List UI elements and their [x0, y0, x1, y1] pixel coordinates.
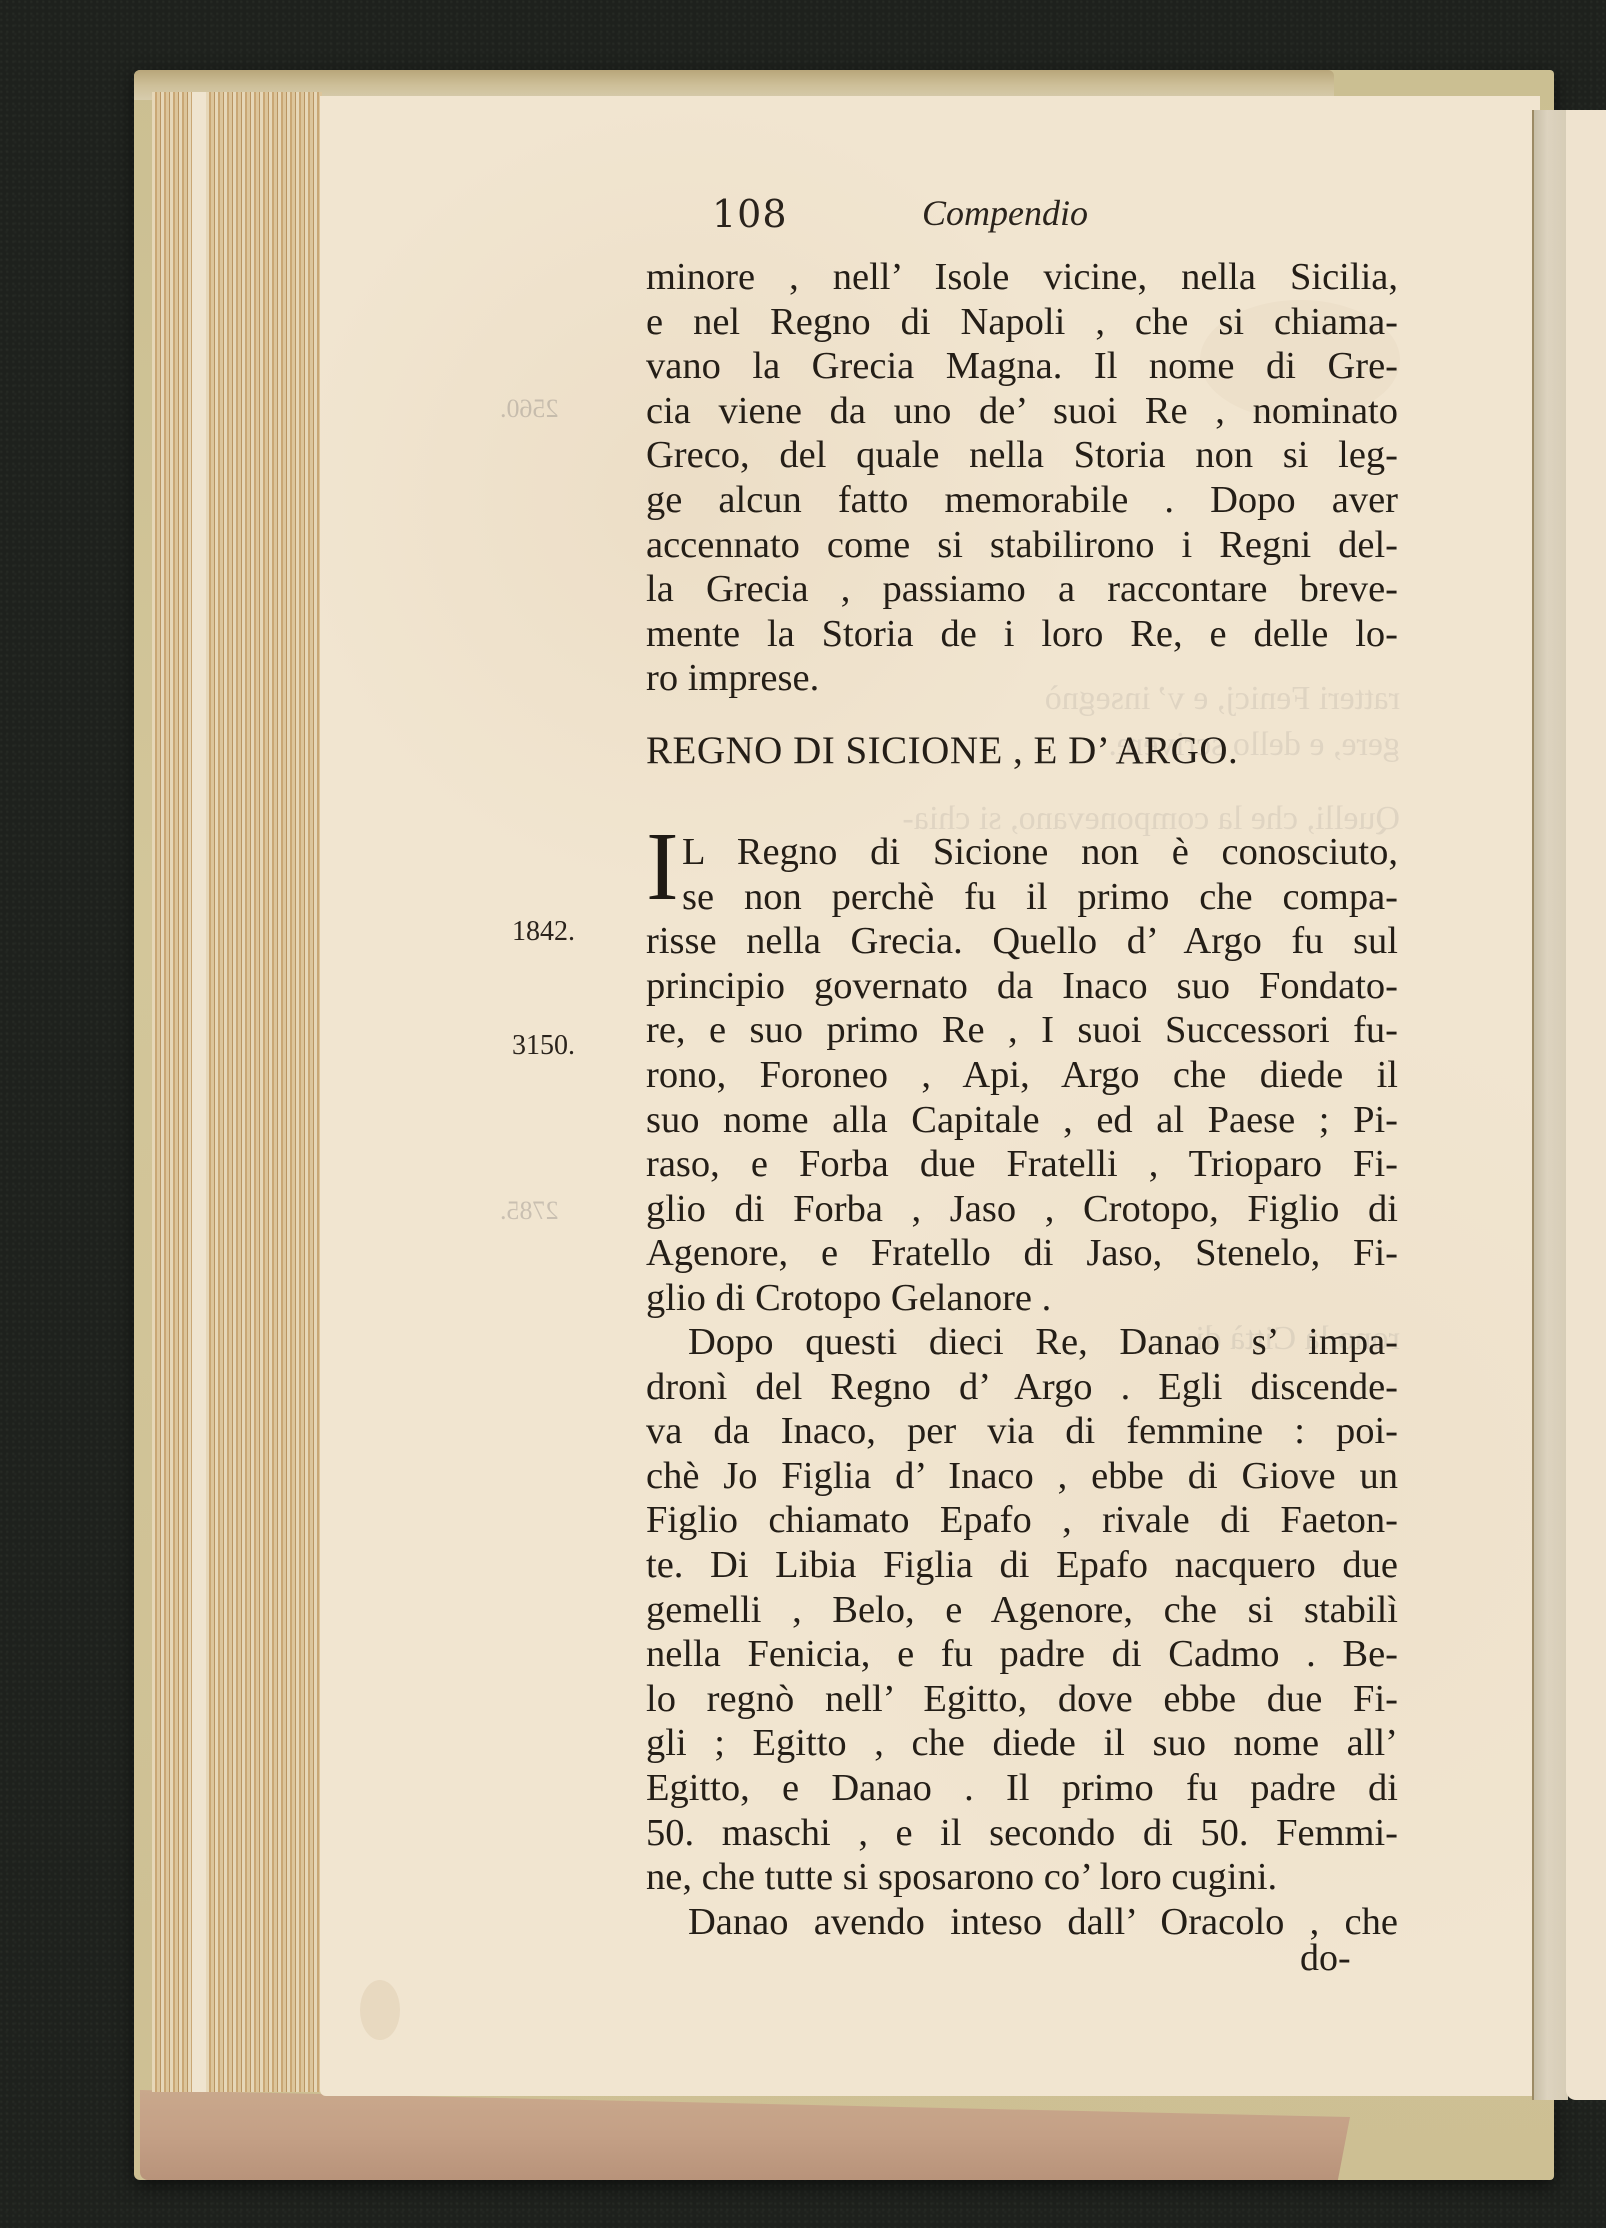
paragraph-4: Danao avendo inteso dall’ Oracolo , che: [646, 1900, 1398, 1945]
text-line: cia viene da uno de’ suoi Re , nominato: [646, 389, 1398, 434]
book-gutter: [1532, 110, 1568, 2100]
paragraph-3: Dopo questi dieci Re, Danao s’ impa- dro…: [646, 1320, 1398, 1900]
text-line: ro imprese.: [646, 656, 1398, 701]
page-edges: [152, 92, 322, 2092]
page-edges-gap: [192, 92, 206, 2092]
text-line: Egitto, e Danao . Il primo fu padre di: [646, 1766, 1398, 1811]
page-header: 108 Compendio: [712, 192, 1412, 252]
text-line: Dopo questi dieci Re, Danao s’ impa-: [646, 1320, 1398, 1365]
text-line: minore , nell’ Isole vicine, nella Sicil…: [646, 255, 1398, 300]
text-line: Agenore, e Fratello di Jaso, Stenelo, Fi…: [646, 1231, 1398, 1276]
margin-note-year: 3150.: [512, 1030, 575, 1062]
catchword: do-: [1300, 1936, 1351, 1980]
text-line: te. Di Libia Figlia di Epafo nacquero du…: [646, 1543, 1398, 1588]
paragraph-2: L Regno di Sicione non è conosciuto, se …: [646, 830, 1398, 1321]
text-line: e nel Regno di Napoli , che si chiama-: [646, 300, 1398, 345]
text-line: se non perchè fu il primo che compa-: [646, 875, 1398, 920]
text-line: risse nella Grecia. Quello d’ Argo fu su…: [646, 919, 1398, 964]
text-line: va da Inaco, per via di femmine : poi-: [646, 1409, 1398, 1454]
text-line: la Grecia , passiamo a raccontare breve-: [646, 567, 1398, 612]
text-line: suo nome alla Capitale , ed al Paese ; P…: [646, 1098, 1398, 1143]
show-through-margin-note: 2560.: [500, 394, 559, 424]
text-line: Figlio chiamato Epafo , rivale di Faeton…: [646, 1498, 1398, 1543]
text-line: vano la Grecia Magna. Il nome di Gre-: [646, 344, 1398, 389]
paragraph-1: minore , nell’ Isole vicine, nella Sicil…: [646, 255, 1398, 701]
text-line: principio governato da Inaco suo Fondato…: [646, 964, 1398, 1009]
text-line: ne, che tutte si sposarono co’ loro cugi…: [646, 1855, 1398, 1900]
text-line: mente la Storia de i loro Re, e delle lo…: [646, 612, 1398, 657]
text-line: re, e suo primo Re , I suoi Successori f…: [646, 1008, 1398, 1053]
text-line: ge alcun fatto memorabile . Dopo aver: [646, 478, 1398, 523]
text-line: accennato come si stabilirono i Regni de…: [646, 523, 1398, 568]
text-line: dronì del Regno d’ Argo . Egli discende-: [646, 1365, 1398, 1410]
text-line: nella Fenicia, e fu padre di Cadmo . Be-: [646, 1632, 1398, 1677]
text-line: gemelli , Belo, e Agenore, che si stabil…: [646, 1588, 1398, 1633]
text-line: Danao avendo inteso dall’ Oracolo , che: [646, 1900, 1398, 1945]
text-line: glio di Forba , Jaso , Crotopo, Figlio d…: [646, 1187, 1398, 1232]
text-line: gli ; Egitto , che diede il suo nome all…: [646, 1721, 1398, 1766]
running-title: Compendio: [922, 192, 1088, 234]
text-line: lo regnò nell’ Egitto, dove ebbe due Fi-: [646, 1677, 1398, 1722]
facing-page-edge: [1566, 110, 1606, 2100]
text-line: raso, e Forba due Fratelli , Trioparo Fi…: [646, 1142, 1398, 1187]
paper-stain: [360, 1980, 400, 2040]
text-line: Greco, del quale nella Storia non si leg…: [646, 433, 1398, 478]
text-line: 50. maschi , e il secondo di 50. Femmi-: [646, 1811, 1398, 1856]
text-line: glio di Crotopo Gelanore .: [646, 1276, 1398, 1321]
margin-note-year: 1842.: [512, 916, 575, 948]
page-number: 108: [712, 192, 788, 236]
text-line: rono, Foroneo , Api, Argo che diede il: [646, 1053, 1398, 1098]
section-heading: REGNO DI SICIONE , E D’ ARGO.: [646, 728, 1406, 773]
text-line: chè Jo Figlia d’ Inaco , ebbe di Giove u…: [646, 1454, 1398, 1499]
text-line: L Regno di Sicione non è conosciuto,: [646, 830, 1398, 875]
show-through-margin-note: 2785.: [500, 1196, 559, 1226]
